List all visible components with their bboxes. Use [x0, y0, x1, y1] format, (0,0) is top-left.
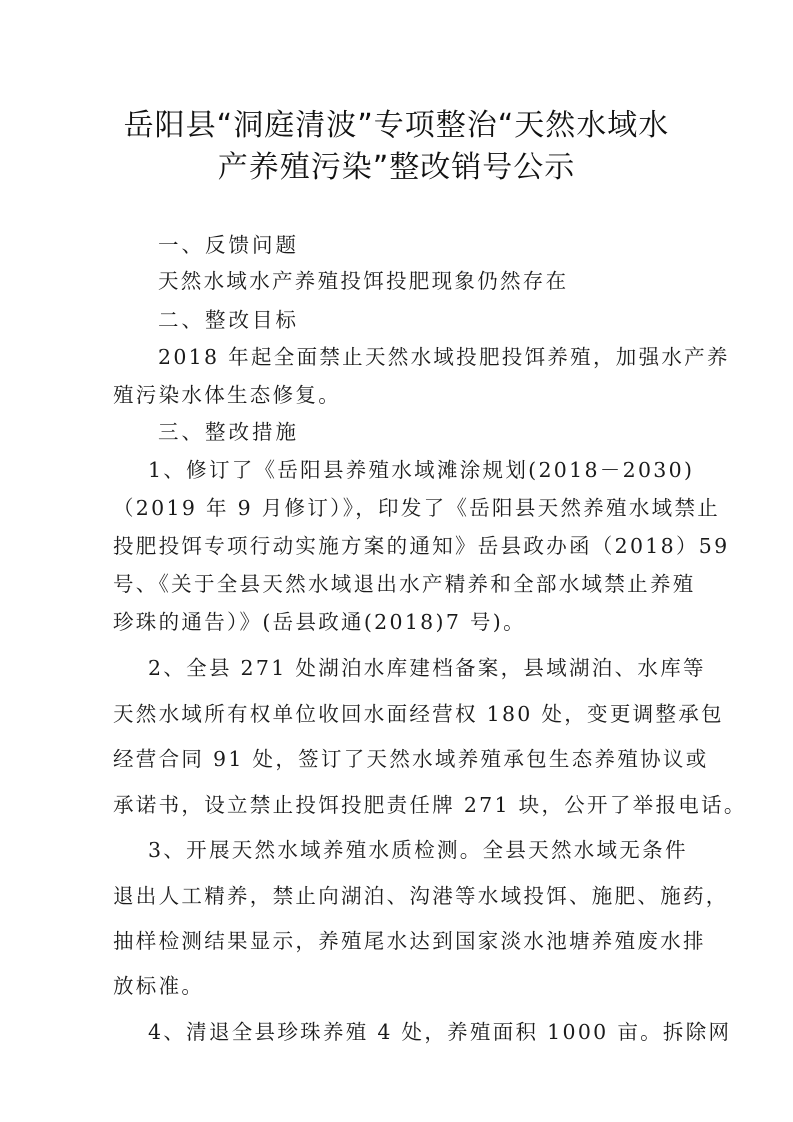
paragraph-line: 4、清退全县珍珠养殖 4 处，养殖面积 1000 亩。拆除网 — [148, 1015, 731, 1045]
paragraph-line: 天然水域水产养殖投饵投肥现象仍然存在 — [158, 264, 568, 294]
paragraph-line: 抽样检测结果显示，养殖尾水达到国家淡水池塘养殖废水排 — [113, 924, 706, 954]
paragraph-line: 承诺书，设立禁止投饵投肥责任牌 271 块，公开了举报电话。 — [113, 788, 747, 818]
paragraph-line: 经营合同 91 处，签订了天然水域养殖承包生态养殖协议或 — [113, 742, 709, 772]
paragraph-line: 投肥投饵专项行动实施方案的通知》岳县政办函（2018）59 — [113, 529, 729, 559]
paragraph-line: 2、全县 271 处湖泊水库建档备案，县域湖泊、水库等 — [148, 651, 706, 681]
paragraph-line: 1、修订了《岳阳县养殖水域滩涂规划(2018－2030) — [148, 453, 694, 483]
document-title-line-2: 产养殖污染”整改销号公示 — [0, 142, 793, 186]
paragraph-line: 2018 年起全面禁止天然水域投肥投饵养殖，加强水产养 — [158, 340, 730, 370]
section-heading-goal: 二、整改目标 — [158, 303, 299, 333]
paragraph-line: 珍珠的通告）》(岳县政通(2018)7 号)。 — [113, 605, 526, 635]
document-title-line-1: 岳阳县“洞庭清波”专项整治“天然水域水 — [0, 100, 793, 144]
paragraph-line: 号、《关于全县天然水域退出水产精养和全部水域禁止养殖 — [113, 567, 696, 597]
paragraph-line: 天然水域所有权单位收回水面经营权 180 处，变更调整承包 — [113, 697, 724, 727]
paragraph-line: 殖污染水体生态修复。 — [113, 378, 341, 408]
paragraph-line: 3、开展天然水域养殖水质检测。全县天然水域无条件 — [148, 833, 688, 863]
paragraph-line: 放标准。 — [113, 969, 204, 999]
section-heading-feedback: 一、反馈问题 — [158, 228, 299, 258]
paragraph-line: （2019 年 9 月修订）》，印发了《岳阳县天然养殖水域禁止 — [113, 491, 720, 521]
paragraph-line: 退出人工精养，禁止向湖泊、沟港等水域投饵、施肥、施药， — [113, 879, 729, 909]
section-heading-measures: 三、整改措施 — [158, 415, 299, 445]
